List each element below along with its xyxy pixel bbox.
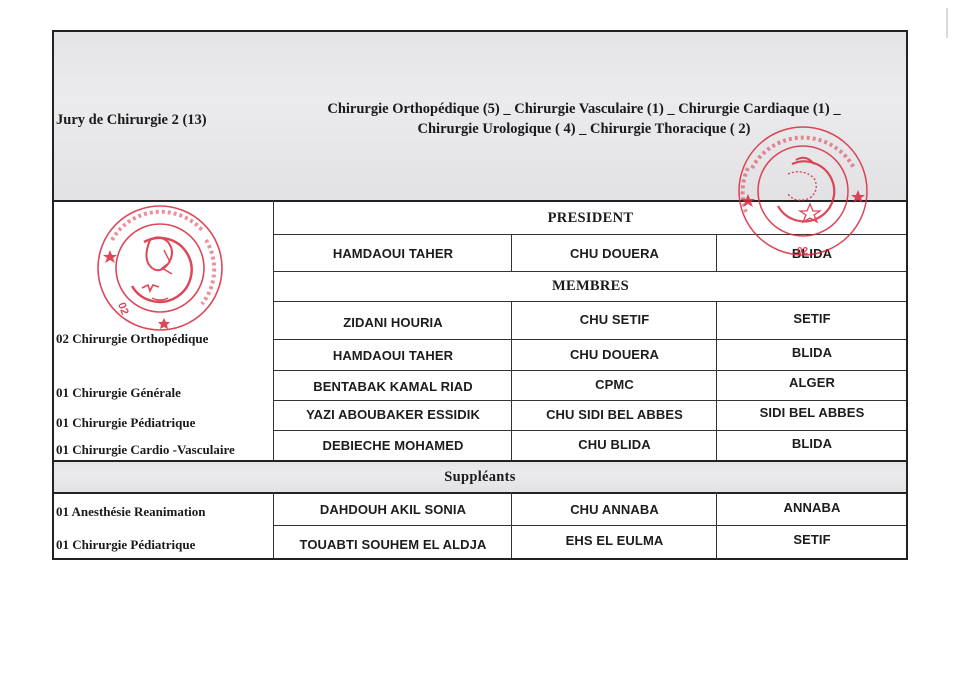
substitute-name: DAHDOUH AKIL SONIA: [275, 494, 511, 525]
member-city: SIDI BEL ABBES: [718, 397, 906, 427]
member-name: BENTABAK KAMAL RIAD: [275, 371, 511, 401]
substitute-city: SETIF: [718, 524, 906, 555]
member-institution: CHU DOUERA: [513, 339, 716, 369]
substitute-city: ANNABA: [718, 492, 906, 523]
member-specialty: 02 Chirurgie Orthopédique: [56, 331, 208, 347]
divider: [716, 301, 717, 460]
substitutes-section-label: Suppléants: [54, 462, 906, 492]
member-institution: CPMC: [513, 369, 716, 399]
substitute-institution: CHU ANNABA: [513, 494, 716, 525]
substitute-institution: EHS EL EULMA: [513, 525, 716, 556]
jury-title: Jury de Chirurgie 2 (13): [56, 112, 207, 129]
specialties-summary: Chirurgie Orthopédique (5) _ Chirurgie V…: [284, 99, 884, 139]
member-specialty: 01 Chirurgie Pédiatrique: [56, 415, 195, 431]
specialties-line-1: Chirurgie Orthopédique (5) _ Chirurgie V…: [284, 99, 884, 119]
member-institution: CHU SETIF: [513, 302, 716, 337]
member-specialty: 01 Chirurgie Cardio -Vasculaire: [56, 442, 235, 458]
substitutes-band: Suppléants: [54, 462, 906, 492]
member-city: BLIDA: [718, 428, 906, 458]
substitute-specialty: 01 Chirurgie Pédiatrique: [56, 537, 195, 553]
specialties-line-2: Chirurgie Urologique ( 4) _ Chirurgie Th…: [284, 119, 884, 139]
divider: [511, 234, 512, 271]
member-name: HAMDAOUI TAHER: [275, 340, 511, 370]
president-section-label: PRESIDENT: [275, 202, 906, 234]
member-institution: CHU SIDI BEL ABBES: [513, 399, 716, 429]
member-city: SETIF: [718, 302, 906, 335]
member-city: BLIDA: [718, 337, 906, 367]
president-institution: CHU DOUERA: [513, 235, 716, 271]
divider: [273, 200, 274, 460]
president-name: HAMDAOUI TAHER: [275, 235, 511, 271]
member-institution: CHU BLIDA: [513, 429, 716, 459]
member-name: YAZI ABOUBAKER ESSIDIK: [275, 399, 511, 429]
member-name: ZIDANI HOURIA: [275, 305, 511, 340]
member-city: ALGER: [718, 367, 906, 397]
scan-edge-mark: [946, 8, 948, 38]
header-band: Jury de Chirurgie 2 (13) Chirurgie Ortho…: [54, 32, 906, 200]
divider: [511, 301, 512, 460]
divider: [716, 234, 717, 271]
substitute-name: TOUABTI SOUHEM EL ALDJA: [275, 529, 511, 560]
member-name: DEBIECHE MOHAMED: [275, 430, 511, 460]
substitute-specialty: 01 Anesthésie Reanimation: [56, 504, 206, 520]
jury-table: Jury de Chirurgie 2 (13) Chirurgie Ortho…: [52, 30, 908, 560]
president-city: BLIDA: [718, 235, 906, 271]
members-section-label: MEMBRES: [275, 272, 906, 301]
member-specialty: 01 Chirurgie Générale: [56, 385, 181, 401]
